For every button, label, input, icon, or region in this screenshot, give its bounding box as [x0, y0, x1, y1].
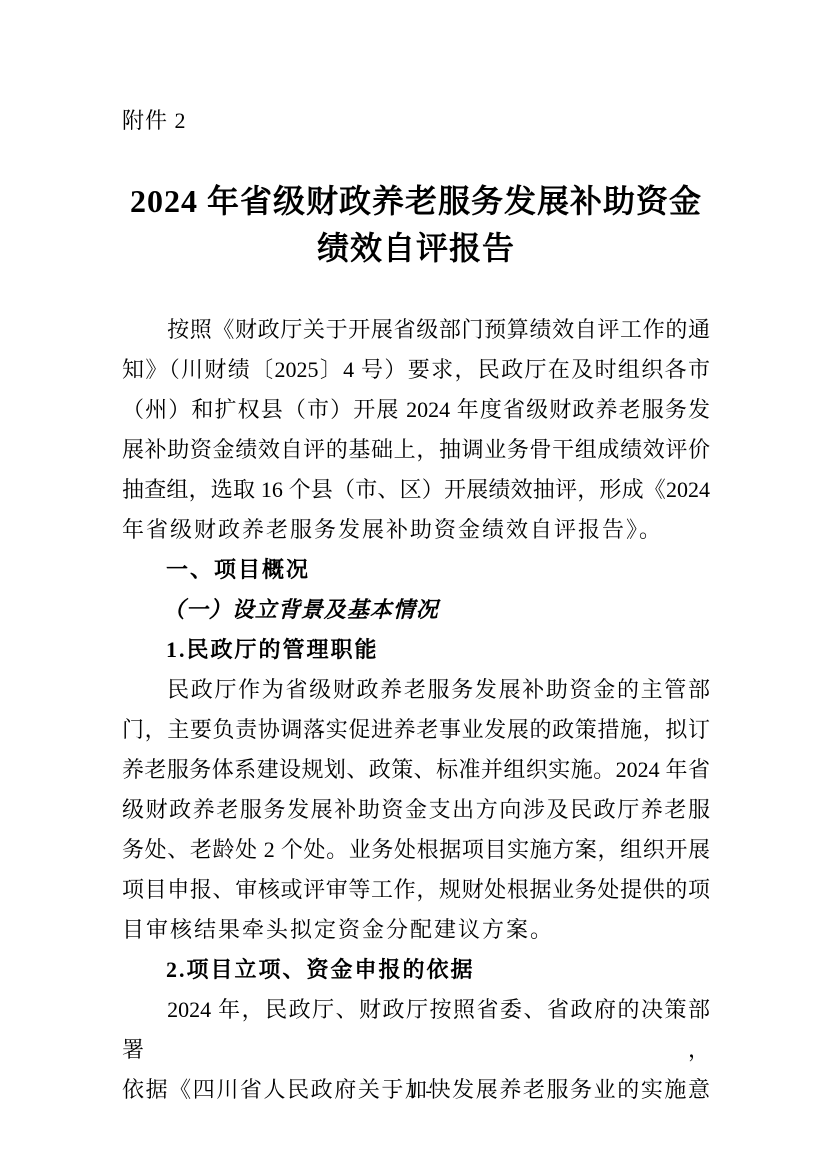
document-title-line-1: 2024 年省级财政养老服务发展补助资金	[122, 178, 710, 225]
document-body: 按照《财政厅关于开展省级部门预算绩效自评工作的通知》（川财绩〔2025〕4 号）…	[122, 310, 710, 1110]
subsection-heading-background: （一）设立背景及基本情况	[122, 590, 710, 630]
text-line: 2024 年，民政厅、财政厅按照省委、省政府的决策部署，	[122, 990, 710, 1070]
text-line: 门，主要负责协调落实促进养老事业发展的政策措施，拟订	[122, 710, 710, 750]
text-line: 目审核结果牵头拟定资金分配建议方案。	[122, 910, 710, 950]
text-line: 展补助资金绩效自评的基础上，抽调业务骨干组成绩效评价	[122, 430, 710, 470]
section-heading-project-overview: 一、项目概况	[122, 550, 710, 590]
subheading-project-basis: 2.项目立项、资金申报的依据	[122, 950, 710, 990]
document-page: 附件 2 2024 年省级财政养老服务发展补助资金 绩效自评报告 按照《财政厅关…	[0, 0, 826, 1169]
text-line: 务处、老龄处 2 个处。业务处根据项目实施方案，组织开展	[122, 830, 710, 870]
subheading-management-duties: 1.民政厅的管理职能	[122, 630, 710, 670]
intro-paragraph: 按照《财政厅关于开展省级部门预算绩效自评工作的通知》（川财绩〔2025〕4 号）…	[122, 310, 710, 550]
document-title-line-2: 绩效自评报告	[122, 225, 710, 272]
document-content: 附件 2 2024 年省级财政养老服务发展补助资金 绩效自评报告 按照《财政厅关…	[122, 0, 710, 1110]
text-line: （州）和扩权县（市）开展 2024 年度省级财政养老服务发	[122, 390, 710, 430]
text-line: 按照《财政厅关于开展省级部门预算绩效自评工作的通	[122, 310, 710, 350]
attachment-label: 附件 2	[122, 108, 710, 134]
text-line: 级财政养老服务发展补助资金支出方向涉及民政厅养老服	[122, 790, 710, 830]
paragraph-management-duties: 民政厅作为省级财政养老服务发展补助资金的主管部门，主要负责协调落实促进养老事业发…	[122, 670, 710, 950]
text-line: 项目申报、审核或评审等工作，规财处根据业务处提供的项	[122, 870, 710, 910]
page-number: - 1 -	[0, 1080, 826, 1104]
text-line: 养老服务体系建设规划、政策、标准并组织实施。2024 年省	[122, 750, 710, 790]
text-line: 民政厅作为省级财政养老服务发展补助资金的主管部	[122, 670, 710, 710]
text-line: 年省级财政养老服务发展补助资金绩效自评报告》。	[122, 510, 710, 550]
text-line: 知》（川财绩〔2025〕4 号）要求，民政厅在及时组织各市	[122, 350, 710, 390]
document-title: 2024 年省级财政养老服务发展补助资金 绩效自评报告	[122, 178, 710, 272]
text-line: 抽查组，选取 16 个县（市、区）开展绩效抽评，形成《2024	[122, 470, 710, 510]
